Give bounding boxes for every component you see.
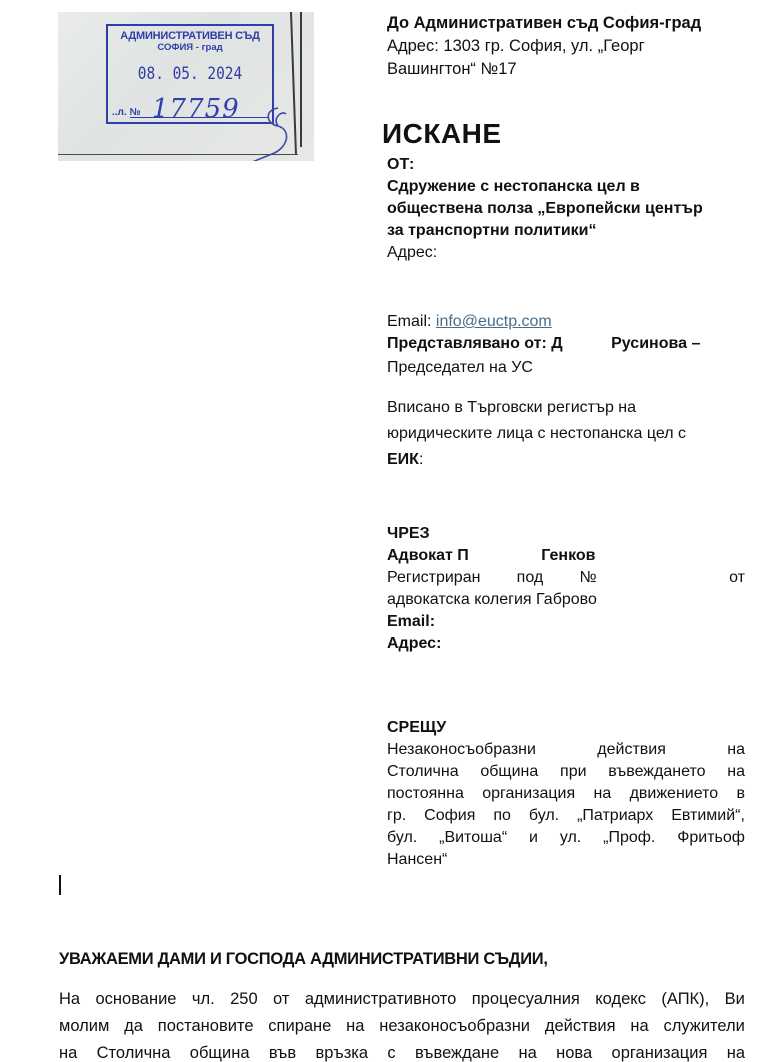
word: София: [424, 805, 475, 827]
from-label: ОТ:: [387, 154, 745, 176]
word: „Патриарх: [577, 805, 653, 827]
eik-label: ЕИК: [387, 451, 419, 468]
word: „Витоша“: [439, 827, 507, 849]
word: Столична: [97, 1040, 171, 1062]
word: на: [727, 761, 745, 783]
word: Ви: [725, 986, 745, 1013]
word: по: [493, 805, 511, 827]
word: действия: [545, 1013, 616, 1040]
word: при: [560, 761, 587, 783]
text-line: молимдапостановитеспираненанезаконосъобр…: [59, 1013, 745, 1040]
word: нова: [556, 1040, 592, 1062]
word: и: [529, 827, 538, 849]
salutation: УВАЖАЕМИ ДАМИ И ГОСПОДА АДМИНИСТРАТИВНИ …: [59, 950, 548, 969]
against-block: СРЕЩУ НезаконосъобразнидействиянаСтоличн…: [387, 717, 745, 871]
addressee-address-line2: Вашингтон“ №17: [387, 58, 701, 81]
word: незаконосъобразни: [379, 1013, 530, 1040]
text-line: Наоснованиечл.250отадминистративнотопроц…: [59, 986, 745, 1013]
registered-word: Регистриран: [387, 567, 480, 589]
word: община: [190, 1040, 250, 1062]
word: чл.: [192, 986, 215, 1013]
represented-label: Представлявано от: Д: [387, 335, 563, 352]
eik-row: ЕИК:: [387, 447, 745, 473]
word: въвеждането: [608, 761, 705, 783]
word: на: [727, 1040, 745, 1062]
registry-line: Вписано в Търговски регистър на: [387, 395, 745, 421]
word: с: [387, 1040, 395, 1062]
registered-word: от: [729, 567, 745, 589]
addressee-court: До Административен съд София-град: [387, 12, 701, 35]
word: на: [727, 739, 745, 761]
word: процесуалния: [472, 986, 580, 1013]
text-line: постояннаорганизациянадвижениетов: [387, 783, 745, 805]
from-email-link[interactable]: info@euctp.com: [436, 313, 552, 330]
word: На: [59, 986, 80, 1013]
text-line: Столичнаобщинапривъвежданетона: [387, 761, 745, 783]
registered-row: Регистриран под № от: [387, 567, 745, 589]
word: постановите: [158, 1013, 254, 1040]
word: молим: [59, 1013, 109, 1040]
bar-association: адвокатска колегия Габрово: [387, 589, 745, 611]
stamp-reg-number: 17759: [152, 94, 240, 124]
word: „Проф.: [603, 827, 655, 849]
against-label: СРЕЩУ: [387, 717, 745, 739]
text-line: гр.Софияпобул.„ПатриархЕвтимий“,: [387, 805, 745, 827]
represented-surname: Русинова –: [611, 335, 700, 352]
paper-edge: [300, 12, 302, 147]
from-email-row: Email: info@euctp.com: [387, 311, 745, 333]
word: на: [593, 783, 611, 805]
registered-blank: [633, 567, 693, 589]
word: спиране: [268, 1013, 331, 1040]
text-cursor: [59, 875, 61, 895]
lawyer-last: Генков: [541, 547, 595, 564]
registered-word: №: [579, 567, 596, 589]
word: административното: [305, 986, 457, 1013]
stamp-date: 08. 05. 2024: [120, 64, 259, 84]
word: постоянна: [387, 783, 464, 805]
word: гр.: [387, 805, 406, 827]
word: движението: [630, 783, 719, 805]
word: основание: [96, 986, 177, 1013]
word: действия: [597, 739, 666, 761]
word: Столична: [387, 761, 459, 783]
via-label: ЧРЕЗ: [387, 523, 745, 545]
word: Евтимий“,: [671, 805, 745, 827]
word: бул.: [529, 805, 559, 827]
from-org-line: Сдружение с нестопанска цел в: [387, 176, 745, 198]
represented-row: Представлявано от: Д Русинова –: [387, 333, 745, 355]
word: бул.: [387, 827, 417, 849]
from-contact-block: Email: info@euctp.com Представлявано от:…: [387, 311, 745, 379]
word: кодекс: [595, 986, 646, 1013]
lawyer-row: Адвокат П Генков: [387, 545, 745, 567]
document-title: ИСКАНЕ: [382, 118, 502, 150]
text-line: наСтоличнаобщинавъввръзкасвъвежданенанов…: [59, 1040, 745, 1062]
word: (АПК),: [661, 986, 709, 1013]
word: Нансен“: [387, 849, 447, 871]
word: 250: [230, 986, 258, 1013]
word: да: [124, 1013, 143, 1040]
lawyer-first: Адвокат П: [387, 547, 469, 564]
represented-role: Председател на УС: [387, 357, 745, 379]
via-email-label: Email:: [387, 611, 745, 633]
via-address-label: Адрес:: [387, 633, 745, 655]
addressee-address-line1: Адрес: 1303 гр. София, ул. „Георг: [387, 35, 701, 58]
word: във: [269, 1040, 296, 1062]
word: община: [480, 761, 538, 783]
from-org-line: за транспортни политики“: [387, 220, 745, 242]
stamp-court: АДМИНИСТРАТИВЕН СЪД: [108, 30, 272, 42]
stamp-city: СОФИЯ - град: [108, 42, 272, 53]
word: Фритьоф: [677, 827, 745, 849]
registry-block: Вписано в Търговски регистър на юридичес…: [387, 395, 745, 473]
text-line: Незаконосъобразнидействияна: [387, 739, 745, 761]
word: на: [346, 1013, 364, 1040]
word: ул.: [560, 827, 581, 849]
signature-icon: [248, 104, 298, 161]
word: от: [273, 986, 289, 1013]
word: на: [630, 1013, 648, 1040]
against-text: НезаконосъобразнидействиянаСтоличнаобщин…: [387, 739, 745, 871]
eik-colon: :: [419, 451, 423, 468]
text-line: Нансен“: [387, 849, 745, 871]
word: на: [519, 1040, 537, 1062]
from-address-label: Адрес:: [387, 242, 745, 264]
word: служители: [663, 1013, 744, 1040]
registered-word: под: [517, 567, 544, 589]
word: на: [59, 1040, 77, 1062]
addressee-block: До Административен съд София-град Адрес:…: [387, 12, 701, 81]
word: организация: [612, 1040, 708, 1062]
word: Незаконосъобразни: [387, 739, 536, 761]
from-org-line: обществена полза „Европейски център: [387, 198, 745, 220]
court-stamp-image: АДМИНИСТРАТИВЕН СЪД СОФИЯ - град 08. 05.…: [58, 12, 314, 161]
word: връзка: [315, 1040, 368, 1062]
registry-line: юридическите лица с нестопанска цел с: [387, 421, 745, 447]
via-block: ЧРЕЗ Адвокат П Генков Регистриран под № …: [387, 523, 745, 655]
from-email-label: Email:: [387, 313, 431, 330]
word: организация: [482, 783, 575, 805]
text-line: бул.„Витоша“иул.„Проф.Фритьоф: [387, 827, 745, 849]
word: въвеждане: [415, 1040, 499, 1062]
word: в: [736, 783, 745, 805]
body-paragraph: Наоснованиечл.250отадминистративнотопроц…: [59, 986, 745, 1062]
from-block: ОТ: Сдружение с нестопанска цел в общест…: [387, 154, 745, 264]
